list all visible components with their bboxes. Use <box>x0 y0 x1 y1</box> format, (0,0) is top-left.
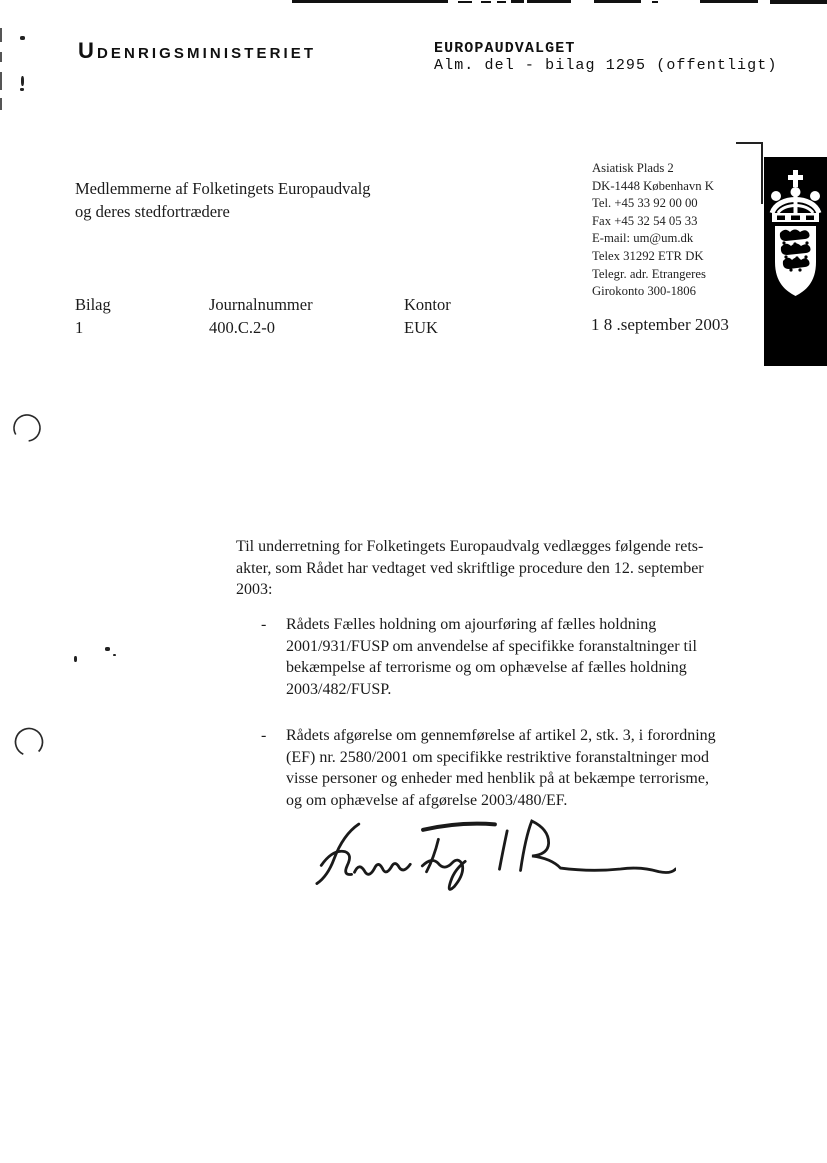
scan-artifact-dash <box>770 0 827 4</box>
intro-line: Til underretning for Folketingets Europa… <box>236 536 796 558</box>
scan-artifact-dash <box>458 1 472 3</box>
handwritten-signature <box>276 808 676 903</box>
contact-line-address: Asiatisk Plads 2 <box>592 160 714 178</box>
scan-artifact-dash <box>511 0 524 3</box>
scan-speck <box>105 647 110 651</box>
recipient-line: Medlemmerne af Folketingets Europaudvalg <box>75 177 371 200</box>
crest-band <box>764 157 827 366</box>
recipient-block: Medlemmerne af Folketingets Europaudvalg… <box>75 177 371 223</box>
corner-bracket-vertical <box>761 142 763 204</box>
letter-date: 1 8 .september 2003 <box>591 315 729 335</box>
scan-artifact-edge <box>0 98 2 110</box>
bilag-value: 1 <box>75 318 83 338</box>
scan-speck <box>21 76 24 86</box>
list-item-line: 2001/931/FUSP om anvendelse af specifikk… <box>286 636 801 658</box>
scan-speck <box>20 88 24 91</box>
recipient-line: og deres stedfortrædere <box>75 200 371 223</box>
scan-artifact-dash <box>481 1 491 3</box>
kontor-label: Kontor <box>404 295 451 315</box>
scan-artifact-edge <box>0 52 2 62</box>
intro-line: akter, som Rådet har vedtaget ved skrift… <box>236 558 796 580</box>
list-item-marker: - <box>261 725 266 747</box>
contact-line-email: E-mail: um@um.dk <box>592 230 714 248</box>
contact-line-telegram: Telegr. adr. Etrangeres <box>592 266 714 284</box>
committee-case-reference: Alm. del - bilag 1295 (offentligt) <box>434 57 777 74</box>
scan-artifact-dash <box>652 1 658 3</box>
list-item-line: visse personer og enheder med henblik på… <box>286 768 801 790</box>
danish-coat-of-arms-icon <box>764 167 827 317</box>
scan-speck <box>113 654 116 656</box>
journalnummer-value: 400.C.2-0 <box>209 318 275 338</box>
scan-artifact-dash <box>527 0 571 3</box>
scan-artifact-edge <box>0 28 2 42</box>
hole-punch-mark <box>11 412 43 444</box>
contact-line-telex: Telex 31292 ETR DK <box>592 248 714 266</box>
kontor-value: EUK <box>404 318 438 338</box>
scan-artifact-dash <box>497 1 506 3</box>
ministry-name: Udenrigsministeriet <box>78 38 316 64</box>
list-item-line: bekæmpelse af terrorisme og om ophævelse… <box>286 657 801 679</box>
list-item-council-decision: - Rådets afgørelse om gennemførelse af a… <box>261 725 801 811</box>
contact-block: Asiatisk Plads 2 DK-1448 København K Tel… <box>592 160 714 301</box>
scan-artifact-dash <box>700 0 758 3</box>
body-intro-paragraph: Til underretning for Folketingets Europa… <box>236 536 796 601</box>
corner-bracket-horizontal <box>736 142 763 144</box>
list-item-line: (EF) nr. 2580/2001 om specifikke restrik… <box>286 747 801 769</box>
scan-speck <box>20 36 25 40</box>
list-item-marker: - <box>261 614 266 636</box>
list-item-common-position: - Rådets Fælles holdning om ajourføring … <box>261 614 801 700</box>
list-item-line: 2003/482/FUSP. <box>286 679 801 701</box>
contact-line-giro: Girokonto 300-1806 <box>592 283 714 301</box>
scan-artifact-dash <box>594 0 641 3</box>
bilag-label: Bilag <box>75 295 111 315</box>
intro-line: 2003: <box>236 579 796 601</box>
list-item-line: Rådets afgørelse om gennemførelse af art… <box>286 725 801 747</box>
list-item-line: Rådets Fælles holdning om ajourføring af… <box>286 614 801 636</box>
scan-speck <box>74 656 77 662</box>
journalnummer-label: Journalnummer <box>209 295 313 315</box>
committee-name: EUROPAUDVALGET <box>434 40 575 57</box>
scan-artifact-dash <box>292 0 448 3</box>
scan-artifact-edge <box>0 72 2 90</box>
contact-line-tel: Tel. +45 33 92 00 00 <box>592 195 714 213</box>
hole-punch-mark <box>12 725 46 759</box>
scanned-letter-page: Udenrigsministeriet EUROPAUDVALGET Alm. … <box>0 0 827 1163</box>
contact-line-fax: Fax +45 32 54 05 33 <box>592 213 714 231</box>
contact-line-city: DK-1448 København K <box>592 178 714 196</box>
